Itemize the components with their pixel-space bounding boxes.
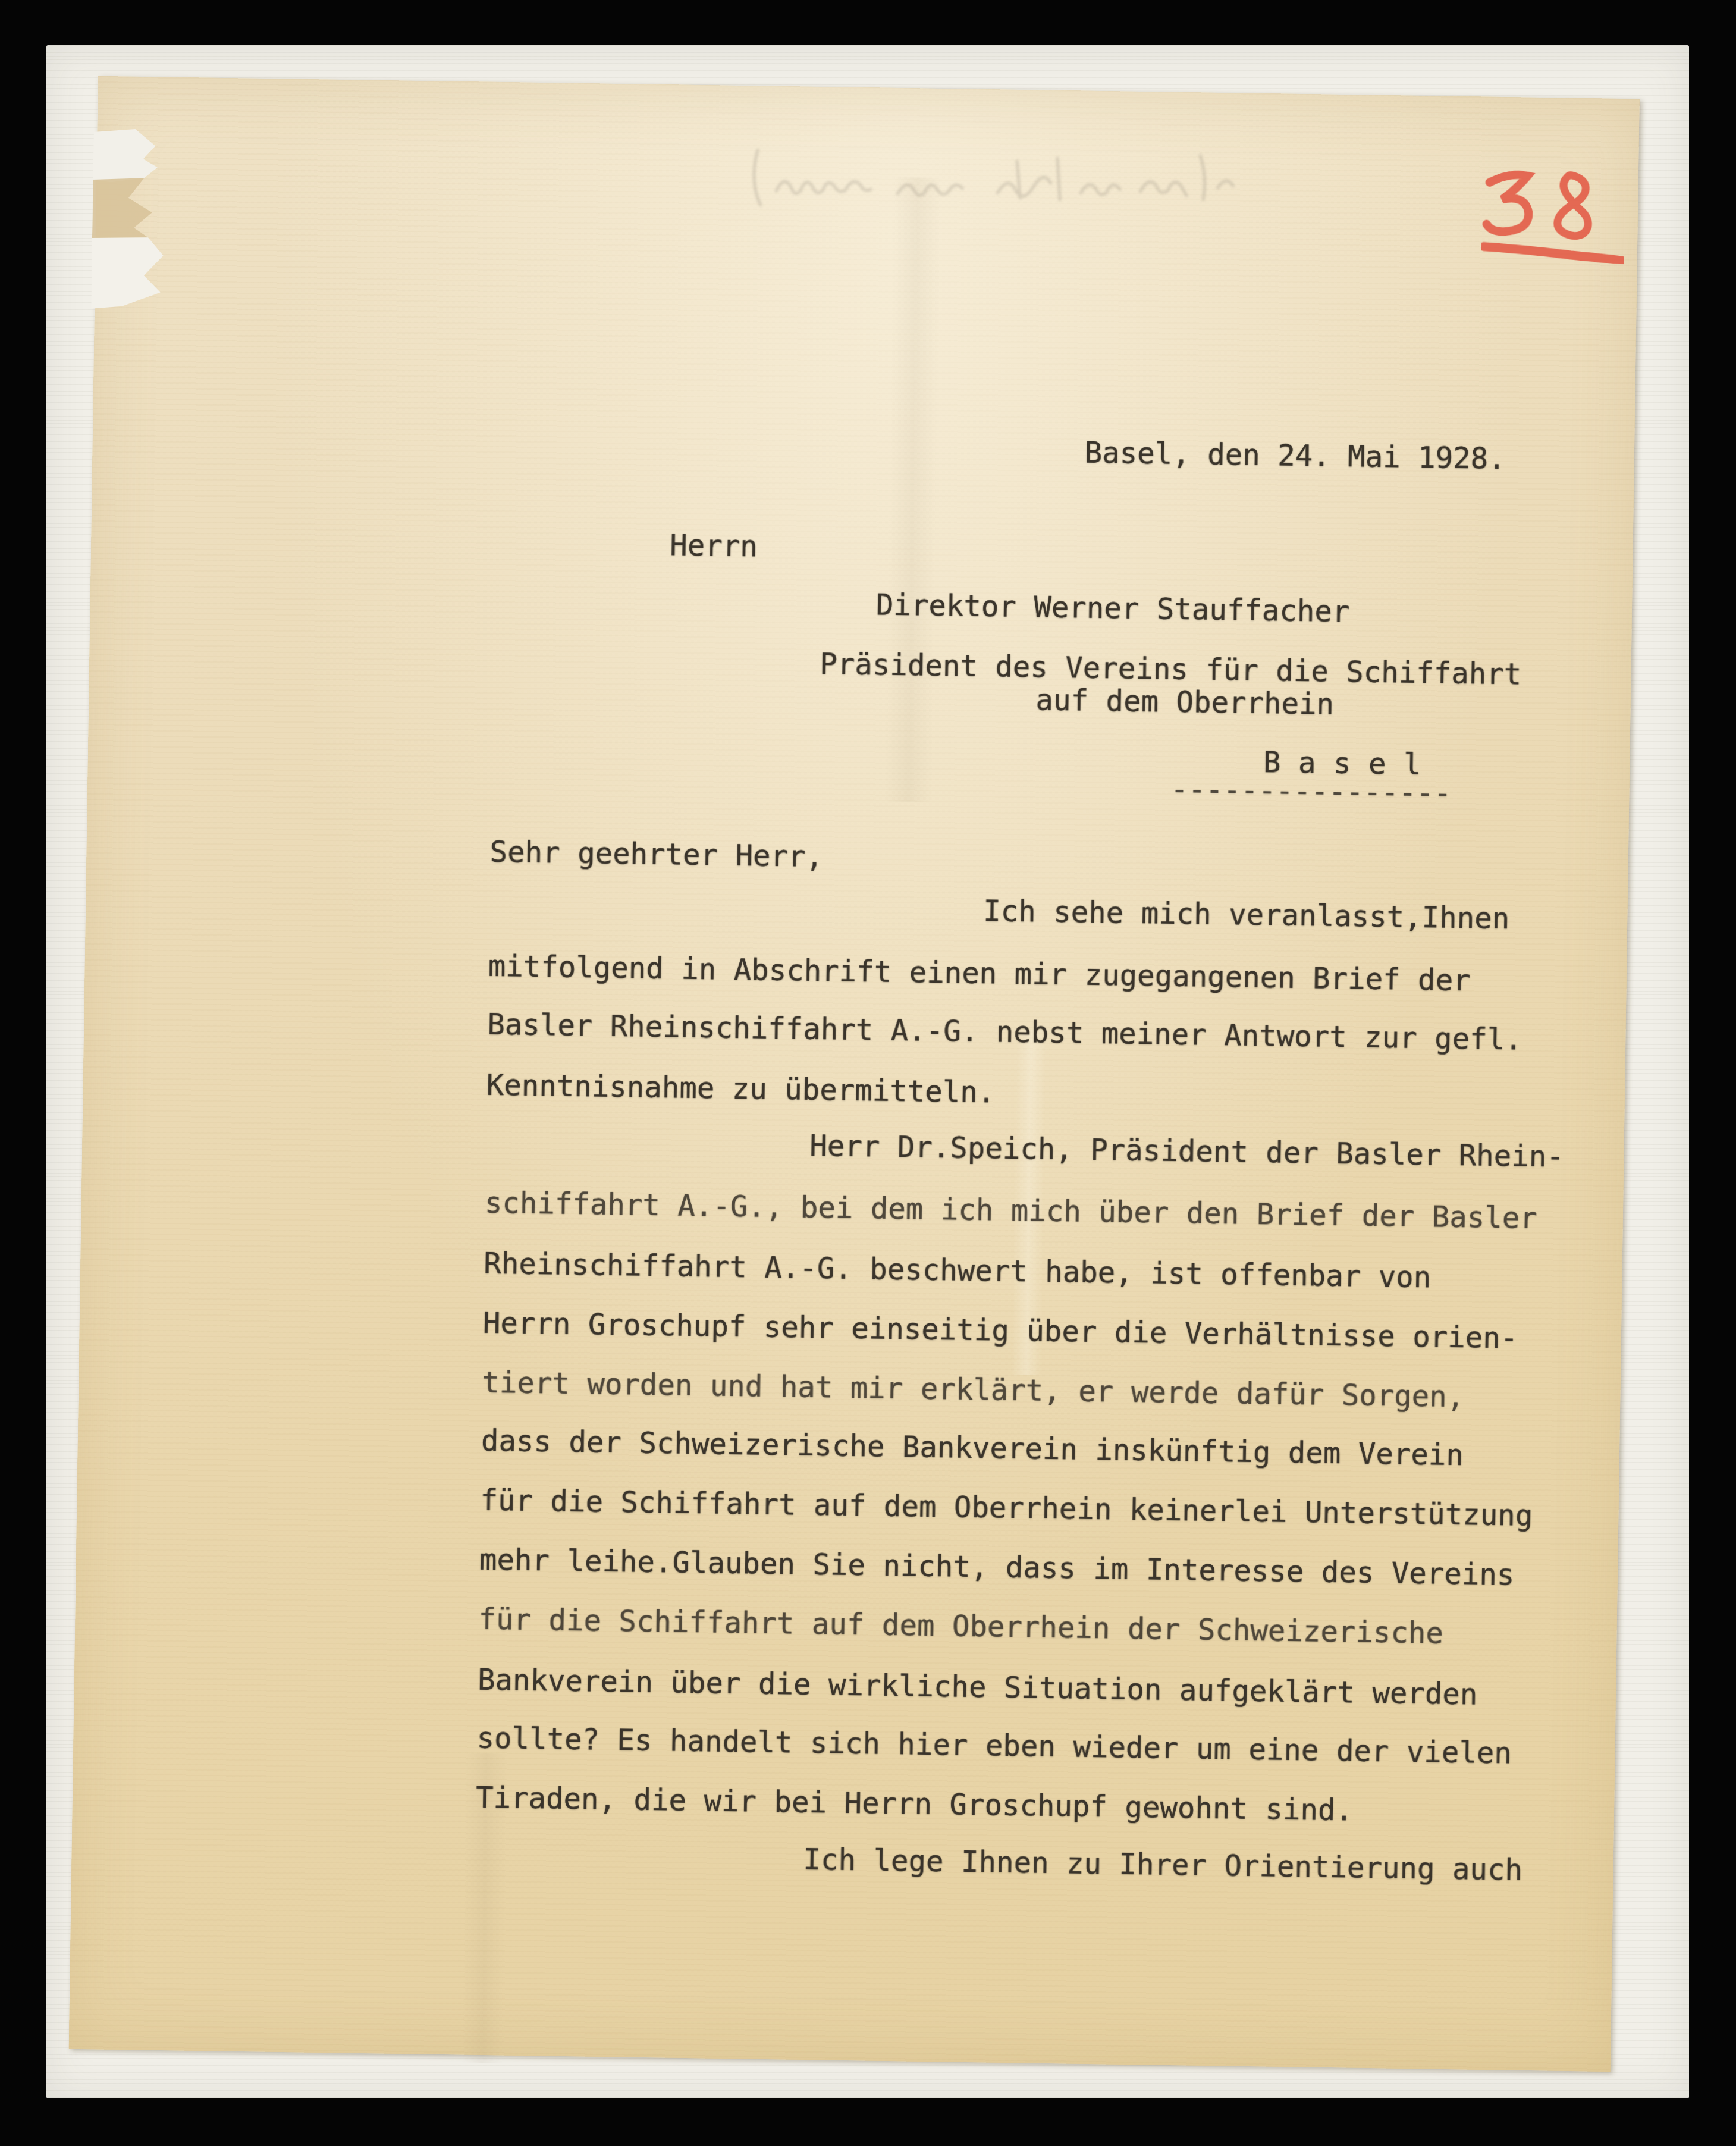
body-line: Tiraden, die wir bei Herrn Groschupf gew… [476,1783,1354,1825]
body-line: mitfolgend in Abschrift einen mir zugega… [488,952,1471,996]
body-line: Basler Rheinschiffahrt A.-G. nebst meine… [487,1010,1522,1055]
recipient-title-1: Präsident des Vereins für die Schiffahrt [820,650,1522,689]
faint-ink-offset [748,133,1260,224]
recipient-prefix: Herrn [670,531,758,561]
body-line: Herrn Groschupf sehr einseitig über die … [483,1309,1518,1353]
date-line: Basel, den 24. Mai 1928. [1084,438,1506,473]
body-line: für die Schiffahrt auf dem Oberrhein kei… [480,1486,1533,1530]
body-line: Ich lege Ihnen zu Ihrer Orientierung auc… [803,1845,1522,1885]
body-line: Rheinschiffahrt A.-G. beschwert habe, is… [484,1249,1432,1292]
body-line: tiert worden und hat mir erklärt, er wer… [482,1368,1465,1412]
red-annotation-number [1481,167,1625,265]
body-line: Kenntnisnahme zu übermitteln. [486,1071,996,1107]
body-line: sollte? Es handelt sich hier eben wieder… [476,1724,1512,1768]
body-line: mehr leihe.Glauben Sie nicht, dass im In… [479,1545,1515,1590]
body-line: Herr Dr.Speich, Präsident der Basler Rhe… [809,1131,1564,1172]
city-underline: ---------------- [1170,775,1452,808]
body-line: Bankverein über die wirkliche Situation … [478,1665,1478,1709]
salutation: Sehr geehrter Herr, [489,837,823,871]
body-line: für die Schiffahrt auf dem Oberrhein der… [478,1605,1443,1648]
torn-edge-damage [91,127,183,325]
recipient-name: Direktor Werner Stauffacher [876,591,1350,627]
body-line: Ich sehe mich veranlasst,Ihnen [983,896,1510,933]
recipient-title-2: auf dem Oberrhein [1035,686,1334,719]
scan-canvas: Basel, den 24. Mai 1928. Herrn Direktor … [0,0,1736,2146]
body-line: dass der Schweizerische Bankverein inskü… [481,1426,1464,1470]
letter-page: Basel, den 24. Mai 1928. Herrn Direktor … [69,76,1640,2072]
body-line: schiffahrt A.-G., bei dem ich mich über … [485,1188,1538,1233]
paper-crease [884,177,941,802]
